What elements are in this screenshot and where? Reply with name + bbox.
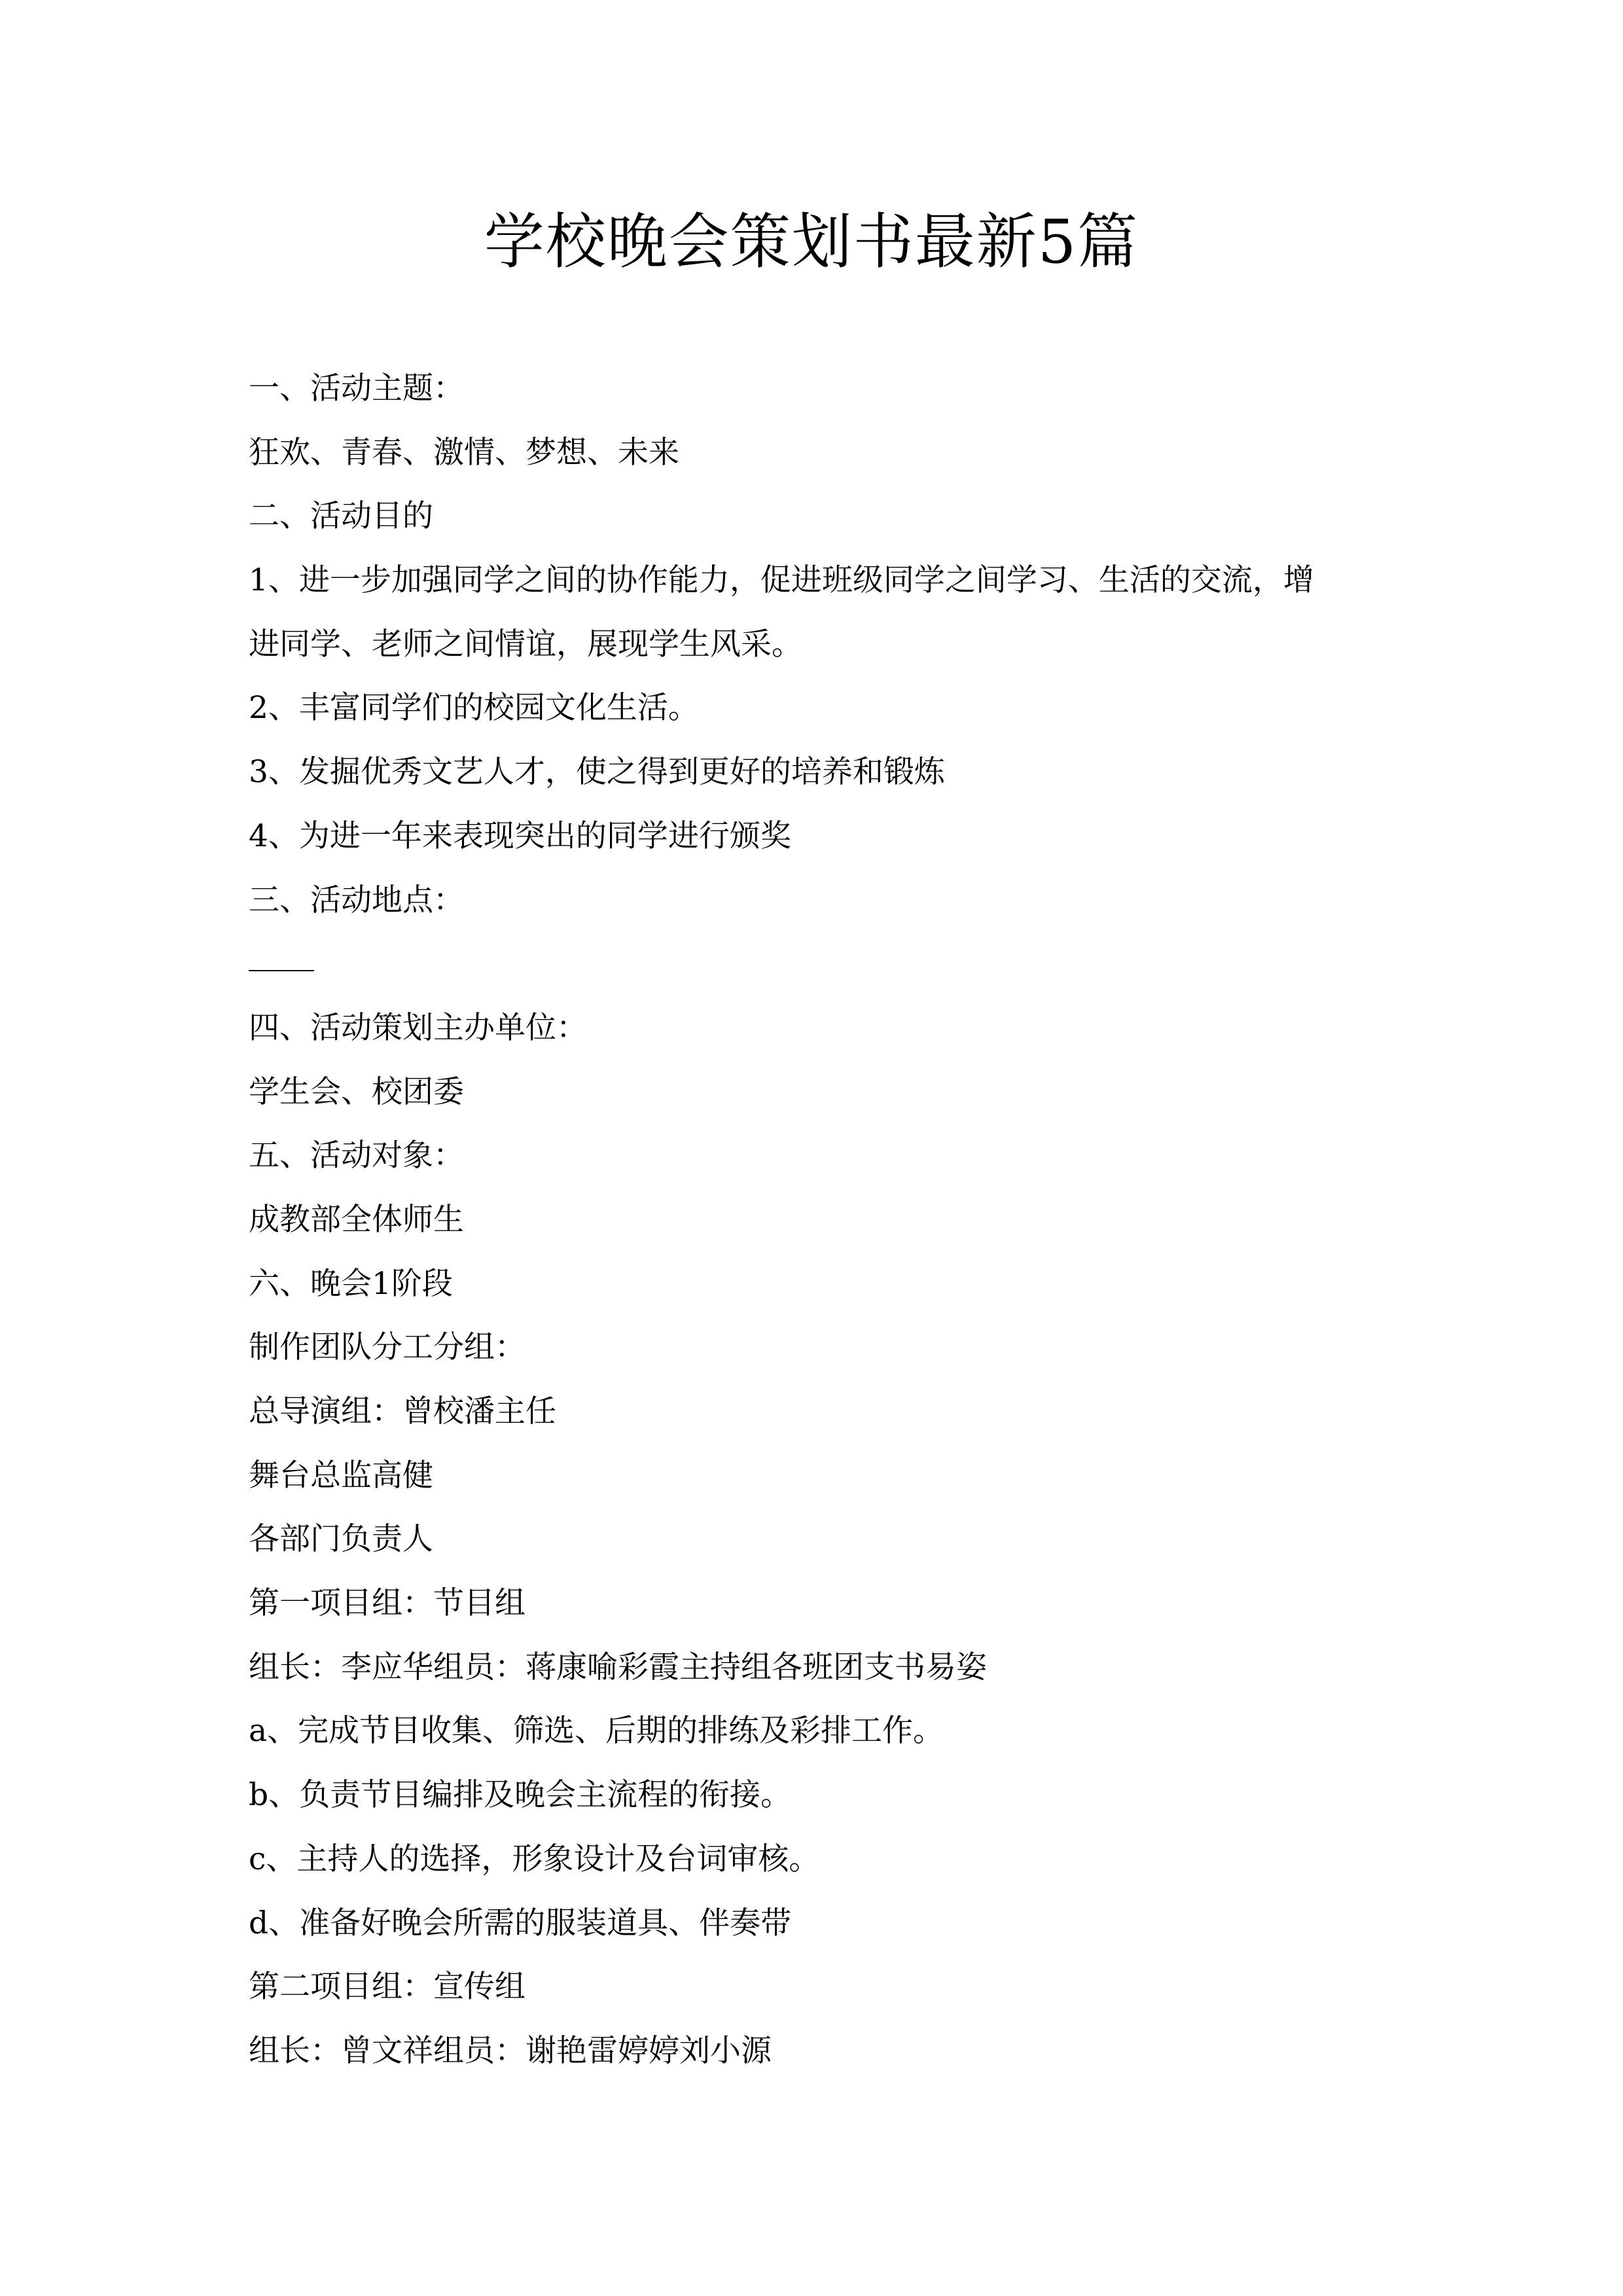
section-heading: 六、晚会1阶段 bbox=[249, 1252, 1394, 1316]
document-body: 一、活动主题： 狂欢、青春、激情、梦想、未来 二、活动目的 1、进一步加强同学之… bbox=[249, 357, 1394, 2083]
paragraph: 舞台总监高健 bbox=[249, 1444, 1394, 1508]
list-item: c、主持人的选择，形象设计及台词审核。 bbox=[249, 1827, 1394, 1892]
list-item: a、完成节目收集、筛选、后期的排练及彩排工作。 bbox=[249, 1699, 1394, 1763]
paragraph: 进同学、老师之间情谊，展现学生风采。 bbox=[249, 613, 1394, 677]
paragraph: 1、进一步加强同学之间的协作能力，促进班级同学之间学习、生活的交流，增 bbox=[249, 548, 1394, 613]
paragraph: 成教部全体师生 bbox=[249, 1188, 1394, 1252]
paragraph: 总导演组：曾校潘主任 bbox=[249, 1380, 1394, 1444]
paragraph: 2、丰富同学们的校园文化生活。 bbox=[249, 676, 1394, 740]
list-item: d、准备好晚会所需的服装道具、伴奏带 bbox=[249, 1892, 1394, 1956]
paragraph: 制作团队分工分组： bbox=[249, 1316, 1394, 1380]
section-heading: 四、活动策划主办单位： bbox=[249, 996, 1394, 1060]
section-heading: 五、活动对象： bbox=[249, 1124, 1394, 1188]
paragraph: 3、发掘优秀文艺人才，使之得到更好的培养和锻炼 bbox=[249, 740, 1394, 804]
dash-rule bbox=[249, 970, 314, 971]
paragraph: 第一项目组：节目组 bbox=[249, 1571, 1394, 1636]
section-heading: 三、活动地点： bbox=[249, 869, 1394, 933]
paragraph: 狂欢、青春、激情、梦想、未来 bbox=[249, 421, 1394, 485]
section-heading: 一、活动主题： bbox=[249, 357, 1394, 421]
paragraph: 各部门负责人 bbox=[249, 1507, 1394, 1571]
paragraph: 组长：曾文祥组员：谢艳雷婷婷刘小源 bbox=[249, 2019, 1394, 2083]
paragraph: 4、为进一年来表现突出的同学进行颁奖 bbox=[249, 804, 1394, 869]
section-heading: 二、活动目的 bbox=[249, 484, 1394, 548]
list-item: b、负责节目编排及晚会主流程的衔接。 bbox=[249, 1763, 1394, 1827]
blank-dash-line bbox=[249, 932, 1394, 996]
paragraph: 组长：李应华组员：蒋康喻彩霞主持组各班团支书易姿 bbox=[249, 1636, 1394, 1700]
paragraph: 第二项目组：宣传组 bbox=[249, 1955, 1394, 2019]
paragraph: 学生会、校团委 bbox=[249, 1060, 1394, 1124]
document-title: 学校晚会策划书最新5篇 bbox=[0, 196, 1623, 288]
